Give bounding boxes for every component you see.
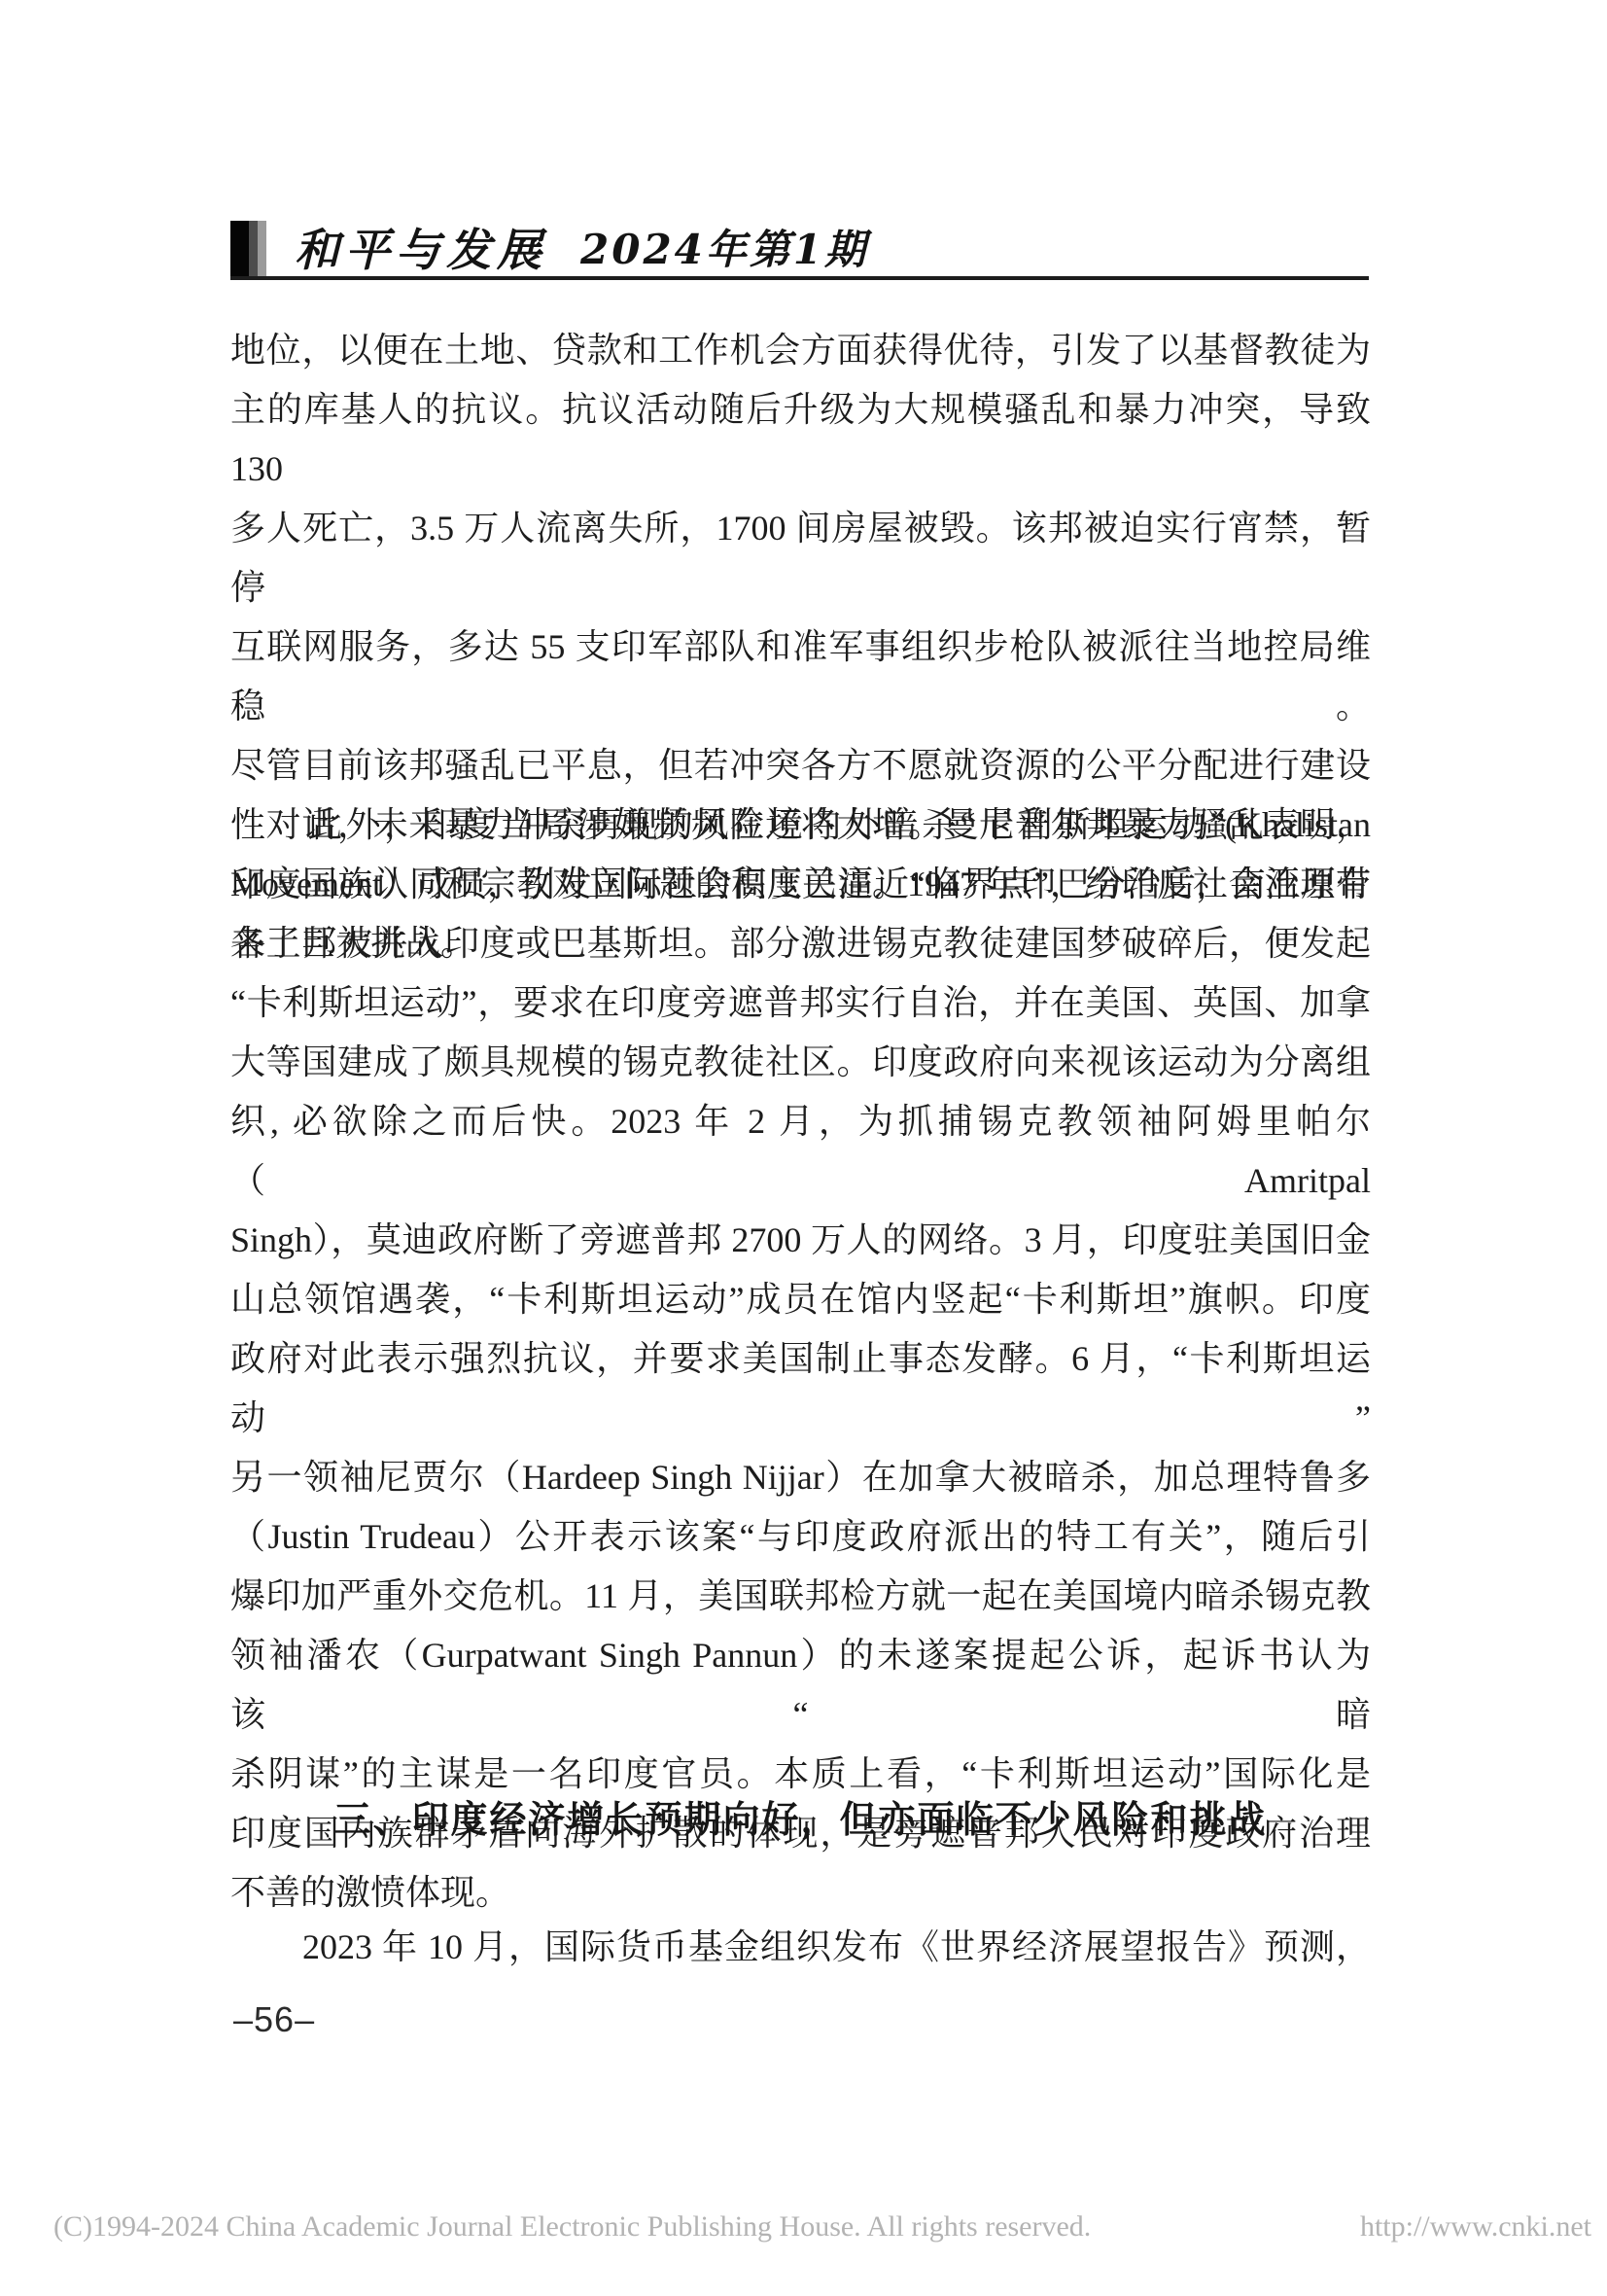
paragraph-2: 此外，印度当局涉嫌频频在境内外暗杀“卡利斯坦运动”(KhalistanMovem… — [230, 795, 1371, 1923]
header-darkgray-bar — [249, 221, 258, 276]
page-number: –56– — [233, 1999, 315, 2040]
text-line: 爆印加严重外交危机。11 月，美国联邦检方就一起在美国境内暗杀锡克教 — [230, 1567, 1371, 1626]
text-line: 主的库基人的抗议。抗议活动随后升级为大规模骚乱和暴力冲突，导致 130 — [230, 380, 1371, 499]
text-line: “卡利斯坦运动”，要求在印度旁遮普邦实行自治，并在美国、英国、加拿 — [230, 973, 1371, 1033]
text-line: Singh），莫迪政府断了旁遮普邦 2700 万人的网络。3 月，印度驻美国旧金 — [230, 1211, 1371, 1270]
header-lightgray-bar — [258, 221, 266, 276]
journal-page: 和平与发展 2024年第1期 地位，以便在土地、贷款和工作机会方面获得优待，引发… — [0, 0, 1607, 2296]
text-line: 大等国建成了颇具规模的锡克教徒社区。印度政府向来视该运动为分离组 — [230, 1033, 1371, 1092]
footer: (C)1994-2024 China Academic Journal Elec… — [53, 2210, 1591, 2243]
text-line: 另一领袖尼贾尔（Hardeep Singh Nijjar）在加拿大被暗杀，加总理… — [230, 1448, 1371, 1507]
footer-copyright: (C)1994-2024 China Academic Journal Elec… — [53, 2210, 1091, 2243]
text-line: 领袖潘农（Gurpatwant Singh Pannun）的未遂案提起公诉，起诉… — [230, 1626, 1371, 1745]
header-black-bar — [230, 221, 249, 276]
text-line: 政府对此表示强烈抗议，并要求美国制止事态发酵。6 月，“卡利斯坦运动” — [230, 1329, 1371, 1448]
text-line: 织, 必欲除之而后快。2023 年 2 月，为抓捕锡克教领袖阿姆里帕尔（Amri… — [230, 1092, 1371, 1211]
text-line: 此外，印度当局涉嫌频频在境内外暗杀“卡利斯坦运动”(Khalistan — [230, 795, 1371, 855]
footer-url: http://www.cnki.net — [1360, 2210, 1591, 2243]
text-line: 地位，以便在土地、贷款和工作机会方面获得优待，引发了以基督教徒为 — [230, 321, 1371, 380]
text-line: 不善的激愤体现。 — [230, 1863, 1371, 1923]
text-line: Movement）成员，引发国际社会高度关注。1947 年印巴分治后，南亚原有 — [230, 855, 1371, 914]
text-line: 2023 年 10 月，国际货币基金组织发布《世界经济展望报告》预测， — [230, 1918, 1371, 1977]
text-line: 山总领馆遇袭，“卡利斯坦运动”成员在馆内竖起“卡利斯坦”旗帜。印度 — [230, 1270, 1371, 1329]
text-line: 互联网服务，多达 55 支印军部队和准军事组织步枪队被派往当地控局维稳。 — [230, 618, 1371, 736]
header-rule — [230, 276, 1369, 280]
text-line: 尽管目前该邦骚乱已平息，但若冲突各方不愿就资源的公平分配进行建设 — [230, 736, 1371, 795]
journal-issue: 2024年第1期 — [580, 218, 868, 276]
header-titlebar: 和平与发展 2024年第1期 — [295, 218, 868, 276]
text-line: 各土邦被并入印度或巴基斯坦。部分激进锡克教徒建国梦破碎后，便发起 — [230, 914, 1371, 973]
journal-title: 和平与发展 — [295, 215, 547, 279]
section-heading: 三、印度经济增长预期向好，但亦面临不少风险和挑战 — [230, 1791, 1371, 1850]
text-line: 多人死亡，3.5 万人流离失所，1700 间房屋被毁。该邦被迫实行宵禁，暂停 — [230, 499, 1371, 618]
paragraph-3: 2023 年 10 月，国际货币基金组织发布《世界经济展望报告》预测， — [230, 1918, 1371, 1977]
text-line: （Justin Trudeau）公开表示该案“与印度政府派出的特工有关”，随后引 — [230, 1507, 1371, 1567]
